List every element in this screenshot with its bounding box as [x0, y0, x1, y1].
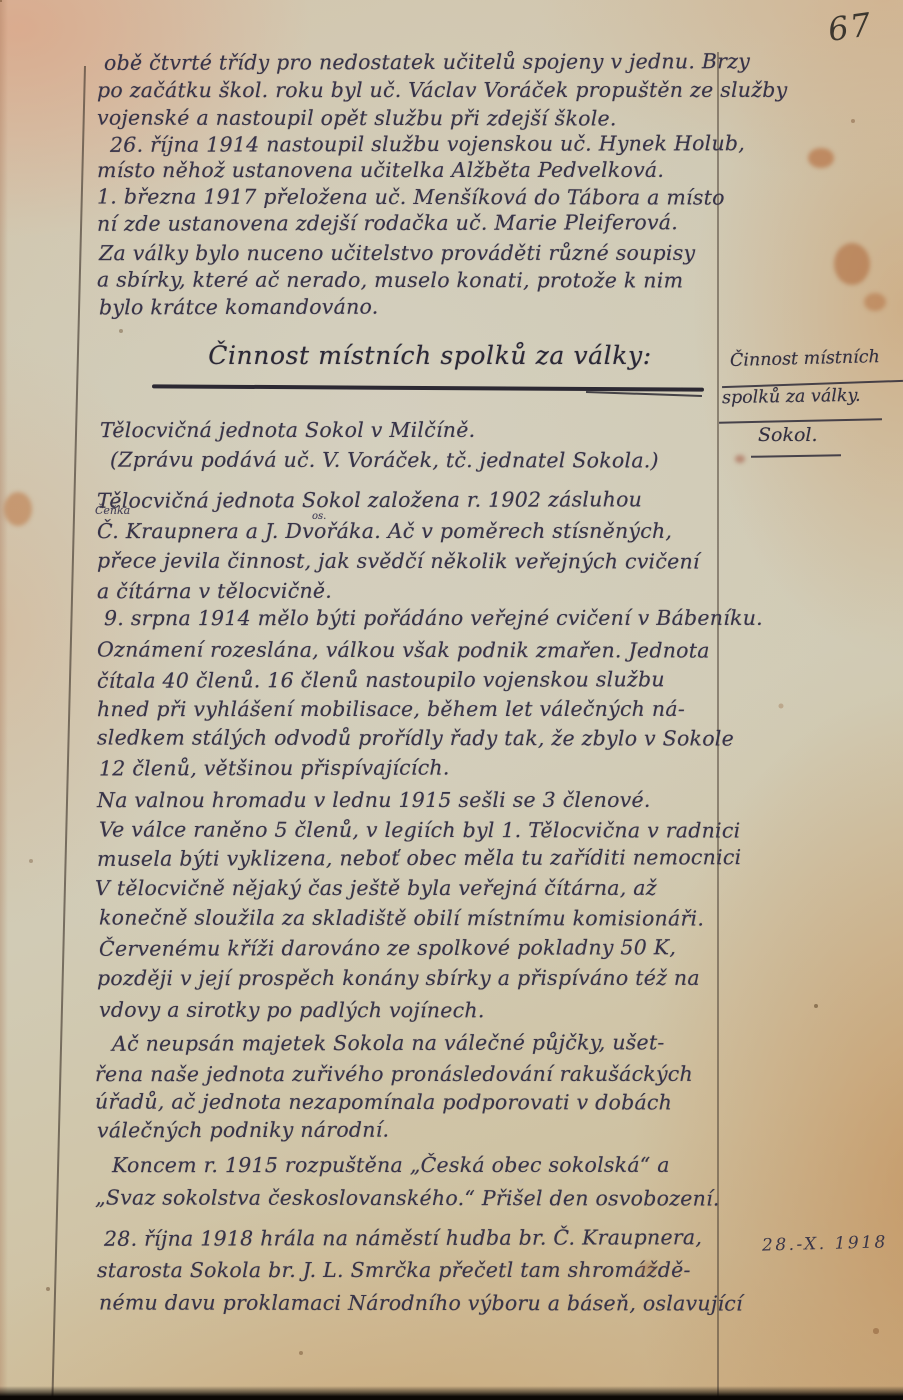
manuscript-line: 28. října 1918 hrála na náměstí hudba br… — [104, 1225, 702, 1251]
manuscript-line: Tělocvičná jednota Sokol založena r. 190… — [97, 487, 642, 512]
foxing-stain — [864, 293, 886, 311]
manuscript-line: a sbírky, které ač nerado, muselo konati… — [97, 268, 683, 293]
manuscript-line: a čítárna v tělocvičně. — [97, 579, 332, 604]
manuscript-line: V tělocvičně nějaký čas ještě byla veřej… — [95, 876, 657, 900]
manuscript-line: místo něhož ustanovena učitelka Alžběta … — [97, 158, 664, 182]
manuscript-line: 9. srpna 1914 mělo býti pořádáno veřejné… — [104, 606, 763, 630]
heading-underline-tail — [586, 391, 702, 397]
left-margin-rule — [51, 66, 86, 1400]
chronicle-page: 67 Činnost místních spolků za války: Čin… — [0, 0, 903, 1400]
manuscript-line: ní zde ustanovena zdejší rodačka uč. Mar… — [97, 210, 678, 236]
manuscript-line: „Svaz sokolstva českoslovanského.“ Přiše… — [95, 1186, 720, 1211]
manuscript-line: 12 členů, většinou přispívajících. — [99, 756, 450, 781]
margin-note-sokol: Sokol. — [758, 424, 818, 446]
foxing-stain — [4, 492, 32, 526]
manuscript-line: Ve válce raněno 5 členů, v legiích byl 1… — [99, 817, 740, 842]
margin-note-underline — [751, 454, 841, 458]
manuscript-line: musela býti vyklizena, neboť obec měla t… — [97, 845, 741, 871]
manuscript-line: Koncem r. 1915 rozpuštěna „Česká obec so… — [112, 1153, 670, 1177]
manuscript-line: starosta Sokola br. J. L. Smrčka přečetl… — [97, 1258, 691, 1282]
margin-note-underline — [719, 418, 882, 423]
section-heading: Činnost místních spolků za války: — [150, 341, 710, 370]
manuscript-line: úřadů, ač jednota nezapomínala podporova… — [95, 1090, 672, 1115]
foxing-stain — [808, 148, 834, 168]
manuscript-line: hned při vyhlášení mobilisace, během let… — [97, 697, 685, 721]
manuscript-line: řena naše jednota zuřivého pronásledován… — [95, 1062, 693, 1086]
manuscript-line: později v její prospěch konány sbírky a … — [97, 966, 700, 990]
manuscript-line: válečných podniky národní. — [97, 1118, 389, 1143]
page-bottom-shadow — [0, 1386, 903, 1400]
page-number: 67 — [826, 5, 876, 49]
manuscript-line: bylo krátce komandováno. — [99, 295, 379, 320]
manuscript-line: vdovy a sirotky po padlých vojínech. — [99, 998, 485, 1023]
foxing-stain — [834, 243, 870, 285]
manuscript-line: čítala 40 členů. 16 členů nastoupilo voj… — [97, 667, 665, 692]
manuscript-line: 26. října 1914 nastoupil službu vojensko… — [110, 131, 745, 157]
manuscript-line: sledkem stálých odvodů prořídly řady tak… — [97, 725, 734, 750]
margin-note-activity-2: spolků za války. — [722, 386, 861, 408]
paper-specks — [0, 0, 2, 2]
manuscript-line: Oznámení rozeslána, válkou však podnik z… — [97, 638, 710, 663]
margin-date: 28.-X. 1918 — [762, 1232, 888, 1255]
manuscript-line: obě čtvrté třídy pro nedostatek učitelů … — [104, 49, 750, 75]
manuscript-line: (Zprávu podává uč. V. Voráček, tč. jedna… — [110, 448, 659, 473]
manuscript-line: Za války bylo nuceno učitelstvo provádět… — [99, 241, 695, 265]
manuscript-line: po začátku škol. roku byl uč. Václav Vor… — [97, 78, 788, 102]
manuscript-line: Červenému kříži darováno ze spolkové pok… — [99, 935, 676, 961]
foxing-stain — [640, 1262, 656, 1274]
manuscript-line: Ač neupsán majetek Sokola na válečné půj… — [112, 1030, 665, 1055]
heading-underline — [152, 384, 704, 391]
manuscript-line: Tělocvičná jednota Sokol v Milčíně. — [100, 418, 475, 442]
foxing-stain — [735, 455, 745, 463]
manuscript-line: přece jevila činnost, jak svědčí několik… — [97, 549, 700, 574]
manuscript-line: vojenské a nastoupil opět službu při zde… — [97, 106, 617, 131]
manuscript-line: konečně sloužila za skladiště obilí míst… — [99, 906, 704, 931]
manuscript-line: 1. března 1917 přeložena uč. Menšíková d… — [97, 185, 725, 210]
margin-note-activity-1: Činnost místních — [730, 347, 880, 371]
manuscript-line: nému davu proklamaci Národního výboru a … — [99, 1290, 743, 1315]
manuscript-line: Na valnou hromadu v lednu 1915 sešli se … — [97, 788, 651, 812]
manuscript-line: Č. Kraupnera a J. Dvořáka. Ač v poměrech… — [97, 519, 672, 543]
page-edge-shading — [0, 0, 8, 1400]
